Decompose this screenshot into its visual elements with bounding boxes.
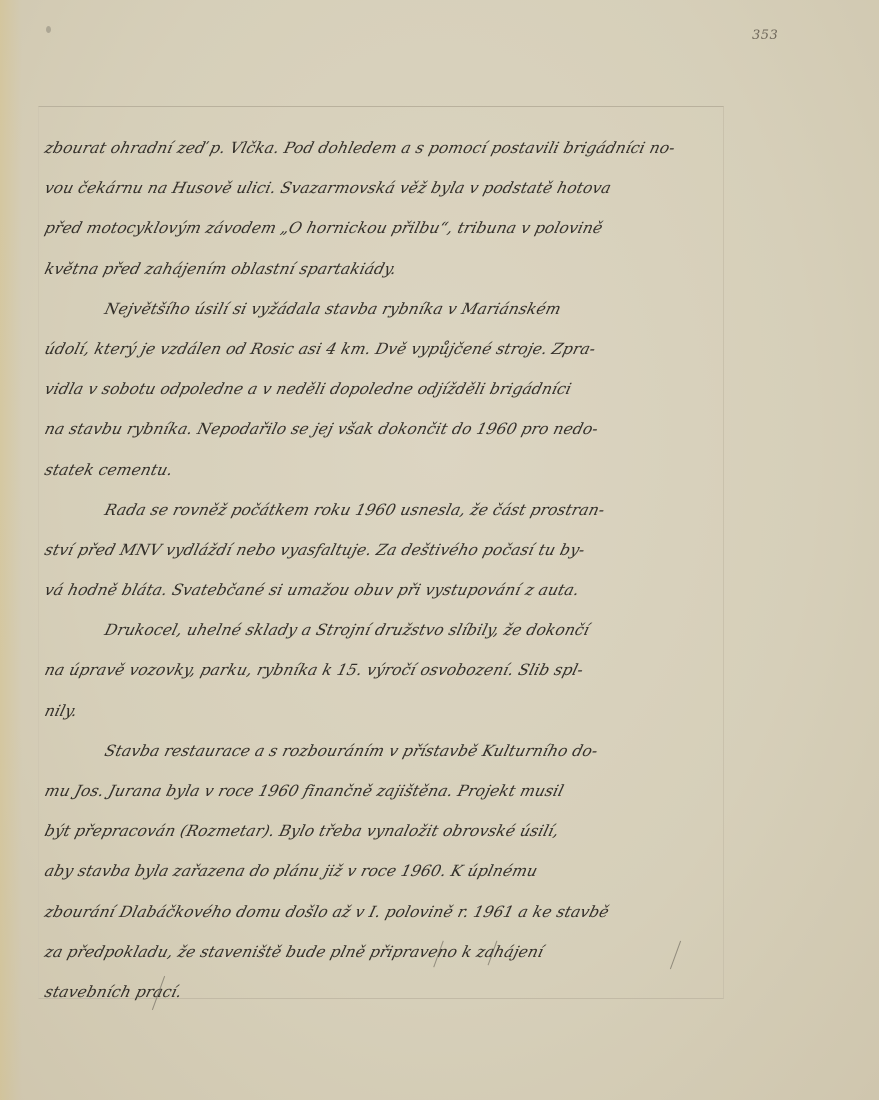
- text-line: údolí, který je vzdálen od Rosic asi 4 k…: [40, 329, 730, 369]
- text-line: zbourání Dlabáčkového domu došlo až v I.…: [40, 892, 730, 932]
- text-line: stavebních prací.: [40, 972, 730, 1012]
- text-line: za předpokladu, že staveniště bude plně …: [40, 932, 730, 972]
- text-line: aby stavba byla zařazena do plánu již v …: [40, 851, 730, 891]
- text-line: na úpravě vozovky, parku, rybníka k 15. …: [40, 650, 730, 690]
- text-line: statek cementu.: [40, 450, 730, 490]
- text-line: května před zahájením oblastní spartakiá…: [40, 249, 730, 289]
- text-line: Největšího úsilí si vyžádala stavba rybn…: [40, 289, 730, 329]
- text-line: Drukocel, uhelné sklady a Strojní družst…: [40, 610, 730, 650]
- text-line: Rada se rovněž počátkem roku 1960 usnesl…: [40, 490, 730, 530]
- text-line: být přepracován (Rozmetar). Bylo třeba v…: [40, 811, 730, 851]
- punch-hole-mark: [46, 26, 51, 33]
- text-line: ství před MNV vydláždí nebo vyasfaltuje.…: [40, 530, 730, 570]
- text-line: zbourat ohradní zeď p. Vlčka. Pod dohled…: [40, 128, 730, 168]
- text-line: vidla v sobotu odpoledne a v neděli dopo…: [40, 369, 730, 409]
- text-line: před motocyklovým závodem „O hornickou p…: [40, 208, 730, 248]
- handwritten-text-block: zbourat ohradní zeď p. Vlčka. Pod dohled…: [40, 128, 720, 1012]
- text-line: na stavbu rybníka. Nepodařilo se jej vša…: [40, 409, 730, 449]
- text-line: vá hodně bláta. Svatebčané si umažou obu…: [40, 570, 730, 610]
- text-line: Stavba restaurace a s rozbouráním v přís…: [40, 731, 730, 771]
- text-line: nily.: [40, 691, 730, 731]
- page-number: 353: [752, 28, 778, 43]
- text-line: mu Jos. Jurana byla v roce 1960 finančně…: [40, 771, 730, 811]
- text-line: vou čekárnu na Husově ulici. Svazarmovsk…: [40, 168, 730, 208]
